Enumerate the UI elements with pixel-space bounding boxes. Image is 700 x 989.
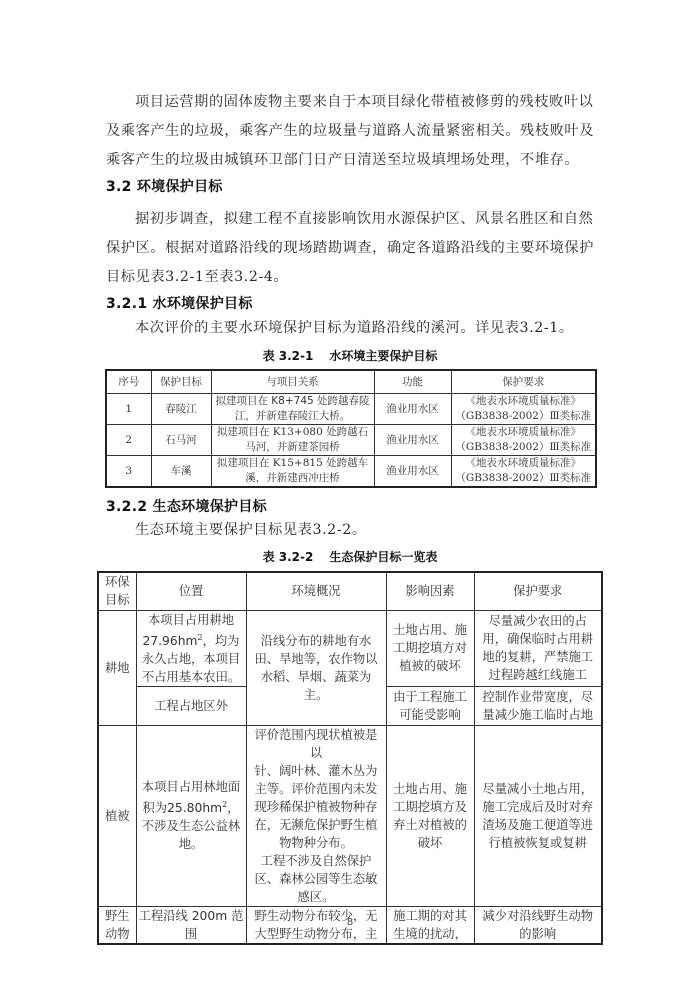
cell-target: 石马河	[151, 425, 211, 456]
heading-3-2-1: 3.2.1 水环境保护目标	[106, 293, 253, 313]
header-cell: 功能	[374, 370, 451, 394]
cell-relation: 拟建项目在 K15+815 处跨越车溪，并新建西冲庄桥	[211, 456, 374, 488]
header-cell: 保护要求	[451, 370, 596, 394]
paragraph-eco-targets: 生态环境主要保护目标见表3.2-2。	[106, 516, 596, 545]
heading-3-2-2: 3.2.2 生态环境保护目标	[106, 496, 267, 516]
paragraph-solid-waste: 项目运营期的固体废物主要来自于本项目绿化带植被修剪的残枝败叶以及乘客产生的垃圾，…	[106, 88, 596, 175]
cell-impact: 土地占用、施工期挖填方对植被的破坏	[386, 610, 474, 686]
paragraph-protection-survey: 据初步调查，拟建工程不直接影响饮用水源保护区、风景名胜区和自然保护区。根据对道路…	[106, 205, 596, 292]
table-header-row: 序号 保护目标 与项目关系 功能 保护要求	[106, 370, 596, 394]
cell-location: 本项目占用林地面积为25.80hm2，不涉及生态公益林地。	[136, 725, 246, 906]
table2-caption-number: 表 3.2-2	[263, 550, 314, 564]
cell-no: 2	[106, 425, 151, 456]
cell-target: 春陵江	[151, 394, 211, 425]
cell-target: 车溪	[151, 456, 211, 488]
cell-no: 1	[106, 394, 151, 425]
heading-3-2: 3.2 环境保护目标	[106, 176, 223, 196]
cell-target: 耕地	[98, 610, 136, 725]
header-cell: 保护目标	[151, 370, 211, 394]
table-row: 2 石马河 拟建项目在 K13+080 处跨越石马河，并新建茶园桥 渔业用水区 …	[106, 425, 596, 456]
document-page: 项目运营期的固体废物主要来自于本项目绿化带植被修剪的残枝败叶以及乘客产生的垃圾，…	[0, 0, 700, 989]
table1-caption-number: 表 3.2-1	[263, 349, 314, 363]
table-row-farmland: 耕地 本项目占用耕地27.96hm2，均为永久占地，本项目不占用基本农田。 沿线…	[98, 610, 602, 686]
cell-function: 渔业用水区	[374, 456, 451, 488]
table2-caption: 表 3.2-2生态保护目标一览表	[0, 548, 700, 565]
cell-requirement: 尽量减少农田的占用，确保临时占用耕地的复耕，严禁施工过程跨越红线施工	[474, 610, 602, 686]
cell-environment: 评价范围内现状植被是以针、阔叶林、灌木丛为主等。评价范围内未发现珍稀保护植被物种…	[246, 725, 386, 906]
paragraph-water-targets: 本次评价的主要水环境保护目标为道路沿线的溪河。详见表3.2-1。	[106, 314, 596, 343]
header-cell: 位置	[136, 572, 246, 610]
eco-protection-table: 环保目标 位置 环境概况 影响因素 保护要求 耕地 本项目占用耕地27.96hm…	[97, 571, 603, 945]
cell-target: 植被	[98, 725, 136, 906]
cell-requirement: 尽量减小土地占用，施工完成后及时对弃渣场及施工便道等进行植被恢复或复耕	[474, 725, 602, 906]
cell-requirement: 《地表水环境质量标准》（GB3838-2002）Ⅲ类标准	[451, 456, 596, 488]
header-cell: 与项目关系	[211, 370, 374, 394]
cell-relation: 拟建项目在 K13+080 处跨越石马河，并新建茶园桥	[211, 425, 374, 456]
cell-environment: 沿线分布的耕地有水田、旱地等，农作物以水稻、旱烟、蔬菜为主。	[246, 610, 386, 725]
table-row-vegetation: 植被 本项目占用林地面积为25.80hm2，不涉及生态公益林地。 评价范围内现状…	[98, 725, 602, 906]
cell-function: 渔业用水区	[374, 425, 451, 456]
header-cell: 环境概况	[246, 572, 386, 610]
header-cell: 保护要求	[474, 572, 602, 610]
cell-impact: 由于工程施工可能受影响	[386, 686, 474, 725]
cell-requirement: 《地表水环境质量标准》（GB3838-2002）Ⅲ类标准	[451, 394, 596, 425]
cell-impact: 土地占用、施工期挖填方及弃土对植被的破坏	[386, 725, 474, 906]
cell-relation: 拟建项目在 K8+745 处跨越春陵江，并新建春陵江大桥。	[211, 394, 374, 425]
table-row: 1 春陵江 拟建项目在 K8+745 处跨越春陵江，并新建春陵江大桥。 渔业用水…	[106, 394, 596, 425]
table2-caption-title: 生态保护目标一览表	[329, 550, 437, 564]
cell-requirement: 控制作业带宽度，尽量减少施工临时占地	[474, 686, 602, 725]
header-cell: 环保目标	[98, 572, 136, 610]
cell-location: 工程占地区外	[136, 686, 246, 725]
table-header-row: 环保目标 位置 环境概况 影响因素 保护要求	[98, 572, 602, 610]
cell-function: 渔业用水区	[374, 394, 451, 425]
cell-requirement: 《地表水环境质量标准》（GB3838-2002）Ⅲ类标准	[451, 425, 596, 456]
table1-caption: 表 3.2-1水环境主要保护目标	[0, 347, 700, 364]
water-protection-table: 序号 保护目标 与项目关系 功能 保护要求 1 春陵江 拟建项目在 K8+745…	[105, 369, 597, 488]
cell-location: 本项目占用耕地27.96hm2，均为永久占地，本项目不占用基本农田。	[136, 610, 246, 686]
cell-no: 3	[106, 456, 151, 488]
header-cell: 序号	[106, 370, 151, 394]
page-number: 8	[0, 917, 700, 928]
table1-caption-title: 水环境主要保护目标	[329, 349, 437, 363]
table-row: 3 车溪 拟建项目在 K15+815 处跨越车溪，并新建西冲庄桥 渔业用水区 《…	[106, 456, 596, 488]
header-cell: 影响因素	[386, 572, 474, 610]
